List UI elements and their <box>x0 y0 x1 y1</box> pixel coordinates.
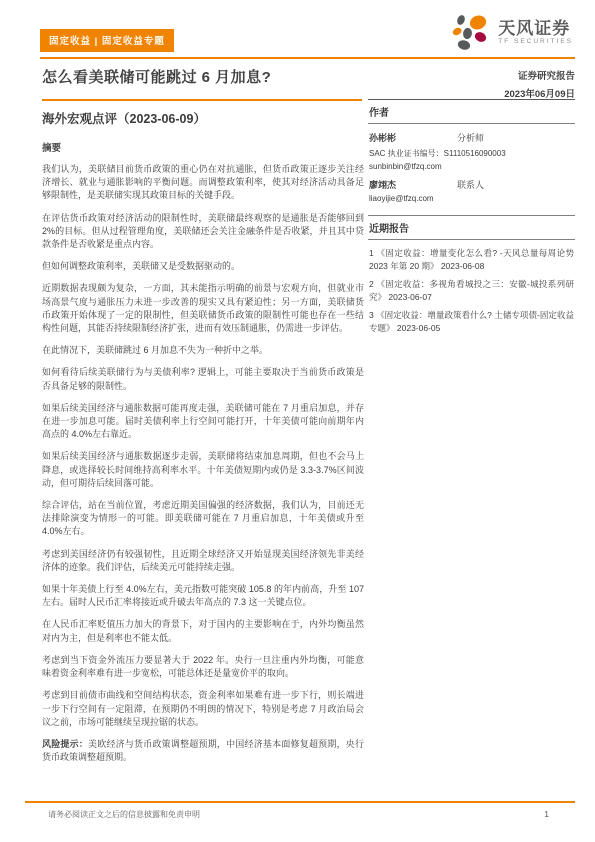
report-list-item: 1 《固定收益：增量变化怎么看? -天风总量每周论势 2023 年第 20 期》… <box>369 247 574 273</box>
page-number: 1 <box>544 809 549 819</box>
abstract-paragraph: 考虑到当下资金外流压力要显著大于 2022 年。央行一旦注重内外均衡，可能意味着… <box>42 654 364 680</box>
page-title: 怎么看美联储可能跳过 6 月加息? <box>42 66 362 87</box>
report-list-item: 3 《固定收益：增量政策看什么? 土储专项债-固定收益专题》 2023-06-0… <box>369 309 574 335</box>
report-subtitle: 海外宏观点评（2023-06-09） <box>42 109 206 127</box>
report-page: 固定收益 | 固定收益专题 天风证券 TF SECURITIES 怎么看美联储可… <box>0 0 595 842</box>
abstract-paragraph: 近期数据表现颇为复杂，一方面，其未能指示明确的前景与宏观方向，但就业市场高景气度… <box>42 282 364 335</box>
author-row: 廖翊杰 联系人 <box>368 178 575 191</box>
abstract-paragraph: 如果后续美国经济与通胀数据可能再度走强，美联储可能在 7 月重启加息，并存在进一… <box>42 402 364 442</box>
footer-divider <box>25 801 575 803</box>
abstract-paragraph: 在此情况下，美联储跳过 6 月加息不失为一种折中之举。 <box>42 344 364 357</box>
recent-reports-heading: 近期报告 <box>368 216 575 239</box>
author-certificate: SAC 执业证书编号：S1110516090003 <box>368 148 575 159</box>
abstract-paragraph: 如果十年美债上行至 4.0%左右，美元指数可能突破 105.8 的年内前高，升至… <box>42 583 364 609</box>
recent-reports-list: 1 《固定收益：增量变化怎么看? -天风总量每周论势 2023 年第 20 期》… <box>368 240 575 335</box>
report-meta: 证券研究报告 2023年06月09日 <box>504 68 575 100</box>
abstract-paragraph: 在人民币汇率贬值压力加大的背景下，对于国内的主要影响在于，内外均衡虽然对内为主，… <box>42 618 364 644</box>
report-date: 2023-06-08 <box>441 261 484 271</box>
abstract-paragraph: 但如何调整政策利率，美联储又是受数据驱动的。 <box>42 260 364 273</box>
risk-warning-label: 风险提示： <box>42 739 88 749</box>
author-row: 孙彬彬 分析师 <box>368 131 575 144</box>
abstract-paragraph: 综合评估，站在当前位置，考虑近期美国偏强的经济数据，我们认为，目前还无法排除演变… <box>42 499 364 539</box>
author-name: 孙彬彬 <box>369 131 457 144</box>
abstract-paragraph: 如何看待后续美联储行为与美债利率? 逻辑上，可能主要取决于当前货币政策是否具备足… <box>42 366 364 392</box>
report-date: 2023-06-05 <box>397 323 440 333</box>
title-divider <box>42 99 362 101</box>
report-date: 2023-06-07 <box>388 292 431 302</box>
footer-disclaimer: 请务必阅读正文之后的信息披露和免责申明 <box>48 809 200 820</box>
sidebar: 作者 孙彬彬 分析师 SAC 执业证书编号：S1110516090003 sun… <box>368 99 575 335</box>
brand-logo-text: 天风证券 TF SECURITIES <box>498 20 573 46</box>
tf-securities-flower-icon <box>451 13 491 53</box>
author-name: 廖翊杰 <box>369 178 457 191</box>
abstract-section: 摘要 我们认为，美联储目前货币政策的重心仍在对抗通胀，但货币政策正逐步关注经济增… <box>42 140 364 773</box>
report-date: 2023年06月09日 <box>504 86 575 100</box>
report-index: 1 <box>369 248 374 258</box>
author-role: 联系人 <box>457 178 484 191</box>
abstract-paragraph: 如果后续美国经济与通胀数据逐步走弱，美联储将结束加息周期，但也不会马上降息，或选… <box>42 450 364 490</box>
risk-warning-paragraph: 风险提示：美欧经济与货币政策调整超预期，中国经济基本面修复超预期，央行货币政策调… <box>42 738 364 764</box>
header-divider <box>40 57 575 59</box>
sidebar-spacer <box>368 203 575 215</box>
report-index: 2 <box>369 279 374 289</box>
author-role: 分析师 <box>457 131 484 144</box>
author-email: liaoyijie@tfzq.com <box>368 194 575 203</box>
report-list-item: 2 《固定收益：多视角看城投之三：安徽-城投系列研究》 2023-06-07 <box>369 278 574 304</box>
sidebar-divider <box>368 123 575 124</box>
abstract-heading: 摘要 <box>42 140 364 154</box>
author-email: sunbinbin@tfzq.com <box>368 162 575 171</box>
risk-warning-text: 美欧经济与货币政策调整超预期，中国经济基本面修复超预期，央行货币政策调整超预期。 <box>42 739 364 762</box>
category-badge: 固定收益 | 固定收益专题 <box>40 29 174 52</box>
abstract-paragraph: 考虑到目前债市曲线和空间结构状态，资金利率如果难有进一步下行，则长端进一步下行空… <box>42 689 364 729</box>
report-index: 3 <box>369 310 374 320</box>
abstract-paragraph: 在评估货币政策对经济活动的限制性时，美联储最终观察的是通胀是否能够回到2%的目标… <box>42 212 364 252</box>
brand-name-cn: 天风证券 <box>498 20 573 38</box>
brand-name-en: TF SECURITIES <box>498 38 573 46</box>
report-type-label: 证券研究报告 <box>504 68 575 82</box>
author-heading: 作者 <box>368 100 575 123</box>
abstract-paragraph: 我们认为，美联储目前货币政策的重心仍在对抗通胀，但货币政策正逐步关注经济增长、就… <box>42 163 364 203</box>
abstract-paragraph: 考虑到美国经济仍有较强韧性，且近期全球经济又开始显现美国经济领先非美经济体的迹象… <box>42 548 364 574</box>
brand-logo: 天风证券 TF SECURITIES <box>451 13 573 53</box>
